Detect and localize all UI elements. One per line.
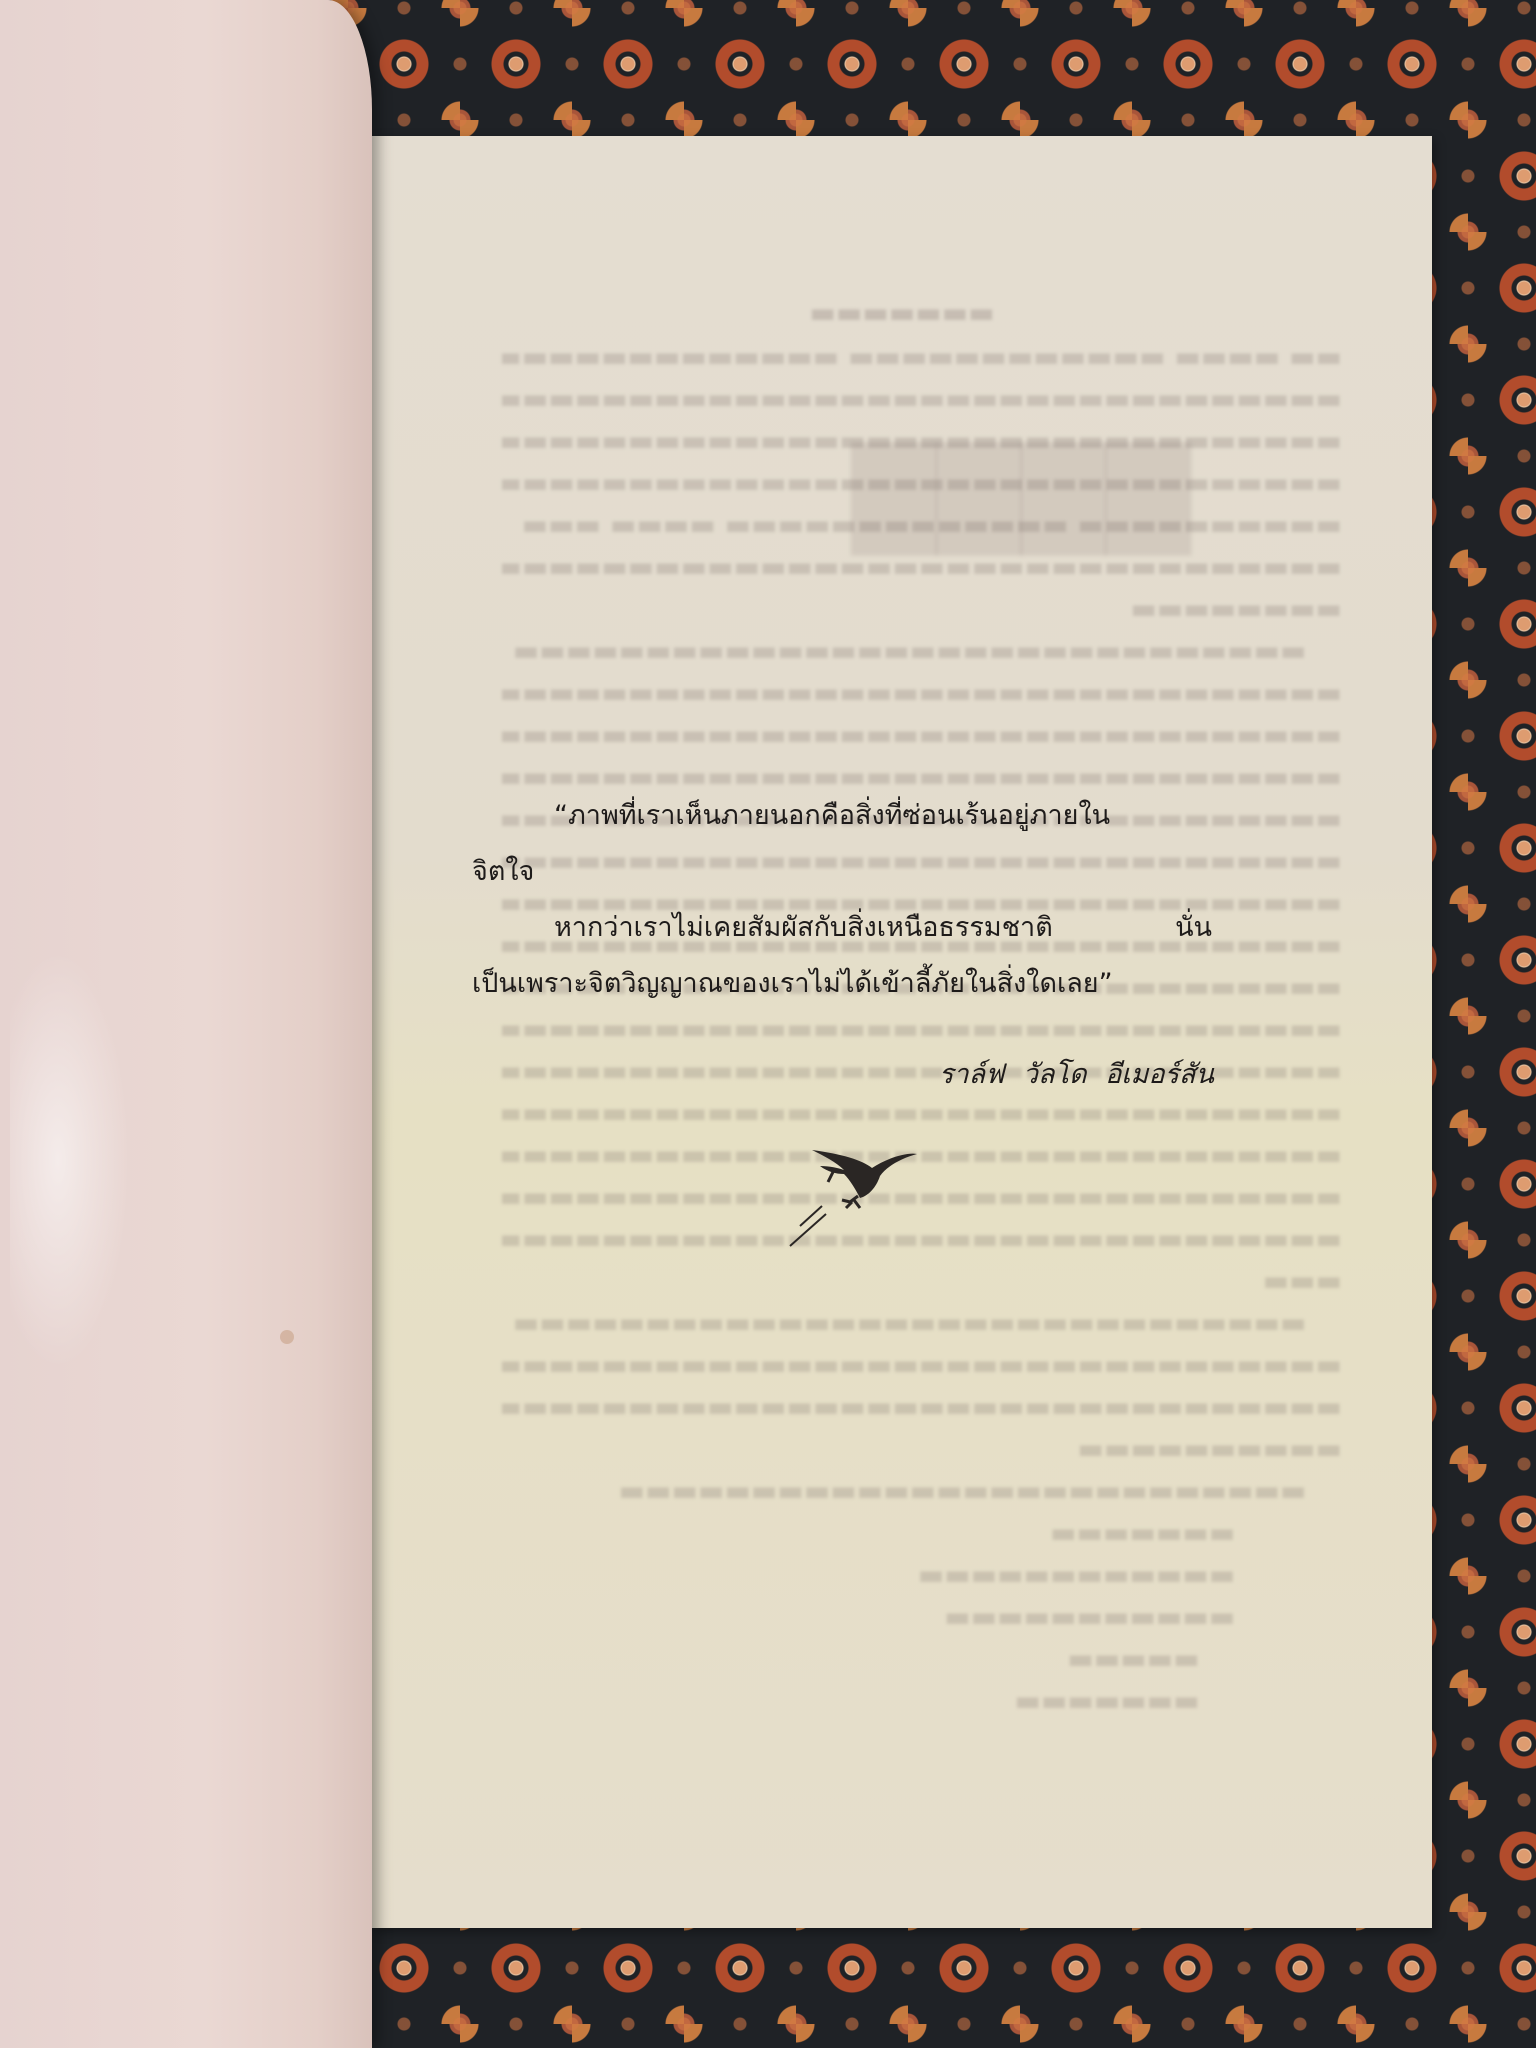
quote-line: จิตใจ [472,844,1212,900]
show-through-title: ▇▇▇▇ [852,426,1190,554]
quote-line: “ภาพที่เราเห็นภายนอกคือสิ่งที่ซ่อนเร้นอย… [472,788,1212,844]
page-stain [280,1330,294,1344]
pterodactyl-icon [772,1130,932,1260]
epigraph-quote: “ภาพที่เราเห็นภายนอกคือสิ่งที่ซ่อนเร้นอย… [472,788,1212,1012]
left-page [0,0,372,2048]
show-through-heading: ▬▬▬▬▬▬▬ [372,296,1432,329]
right-page: ▬▬▬▬▬▬▬ ▇▇▇▇ ▬▬ ▬▬▬▬ ▬▬▬▬▬▬▬▬▬▬▬▬ ▬▬▬▬▬▬… [372,136,1432,1928]
quote-line: หากว่าเราไม่เคยสัมผัสกับสิ่งเหนือธรรมชาต… [472,900,1212,956]
quote-attribution: ราล์ฟ วัลโด อีเมอร์สัน [939,1052,1214,1095]
page-glare [10,950,130,1370]
quote-line: เป็นเพราะจิตวิญญาณของเราไม่ได้เข้าลี้ภัย… [472,956,1212,1012]
